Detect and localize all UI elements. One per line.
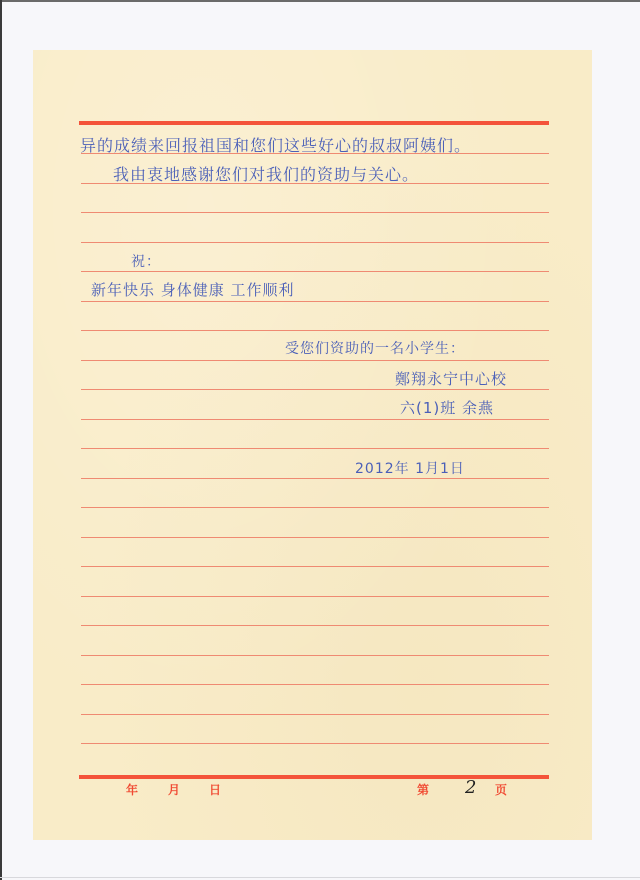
ruled-line — [81, 212, 549, 213]
ruled-line — [81, 566, 549, 567]
ruled-line — [81, 448, 549, 449]
page-number: 2 — [465, 777, 476, 798]
footer-page-prefix: 第 — [417, 781, 429, 798]
closing-wishes: 新年快乐 身体健康 工作顺利 — [91, 279, 295, 300]
signature-line-1: 受您们资助的一名小学生： — [285, 338, 465, 358]
closing-salutation: 祝： — [131, 251, 161, 271]
scan-edge — [0, 0, 2, 880]
body-line-1: 异的成绩来回报祖国和您们这些好心的叔叔阿姨们。 — [80, 133, 471, 156]
footer-page-suffix: 页 — [495, 781, 507, 798]
ruled-line — [81, 271, 549, 272]
ruled-line — [81, 301, 549, 302]
ruled-line — [81, 596, 549, 597]
letter-date: 2012年 1月1日 — [355, 458, 465, 478]
signature-class-name: 六(1)班 余燕 — [400, 397, 494, 418]
scan-edge — [0, 877, 640, 878]
ruled-line — [81, 330, 549, 331]
footer-month-label: 月 — [168, 781, 180, 798]
ruled-line — [81, 537, 549, 538]
scan-edge — [0, 0, 640, 2]
footer-rule — [79, 775, 549, 779]
ruled-line — [81, 714, 549, 715]
header-rule — [79, 121, 549, 125]
footer-year-label: 年 — [126, 781, 138, 798]
body-line-2: 我由衷地感谢您们对我们的资助与关心。 — [113, 162, 419, 185]
letter-paper: 异的成绩来回报祖国和您们这些好心的叔叔阿姨们。 我由衷地感谢您们对我们的资助与关… — [33, 50, 592, 840]
ruled-line — [81, 419, 549, 420]
ruled-line — [81, 478, 549, 479]
ruled-line — [81, 625, 549, 626]
footer-day-label: 日 — [209, 781, 221, 798]
ruled-line — [81, 507, 549, 508]
signature-school: 鄭翔永宁中心校 — [395, 368, 507, 389]
ruled-line — [81, 242, 549, 243]
ruled-line — [81, 655, 549, 656]
ruled-line — [81, 684, 549, 685]
ruled-line — [81, 360, 549, 361]
ruled-line — [81, 389, 549, 390]
ruled-line — [81, 743, 549, 744]
